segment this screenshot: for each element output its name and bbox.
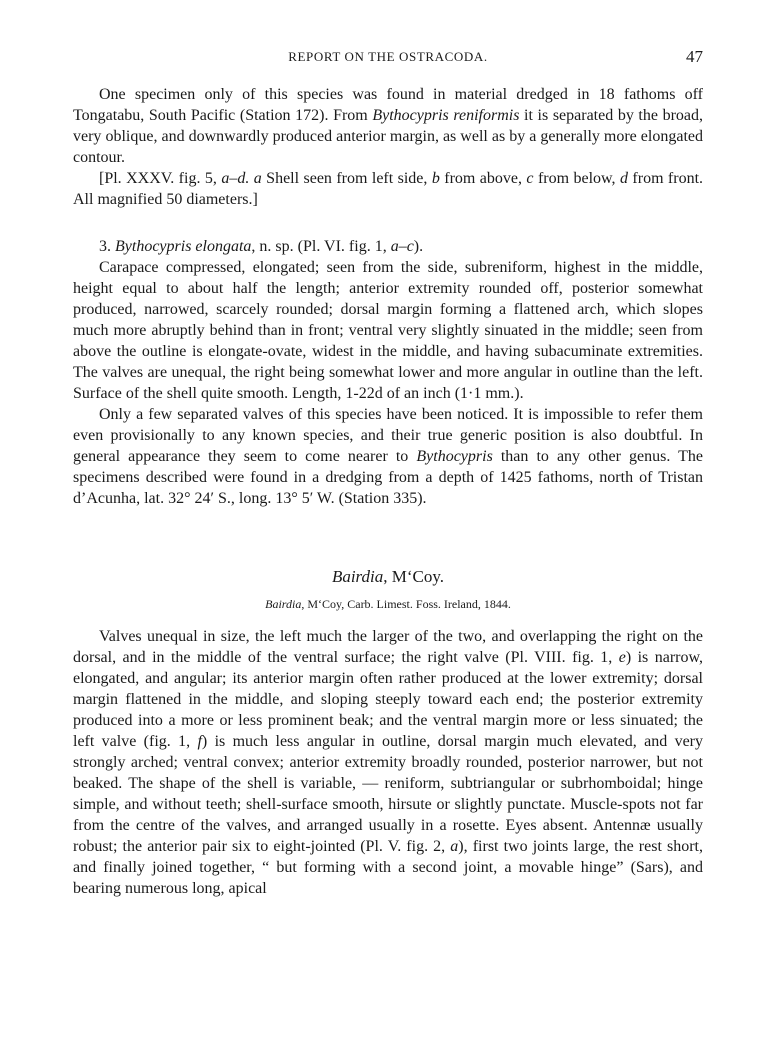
figure-letter: e — [619, 649, 626, 666]
genus-description: Valves unequal in size, the left much th… — [73, 626, 703, 899]
genus-author: , M‘Coy. — [383, 567, 444, 586]
text: ). — [414, 238, 423, 255]
paragraph-specimen-note: One specimen only of this species was fo… — [73, 84, 703, 168]
genus-citation: Bairdia, M‘Coy, Carb. Limest. Foss. Irel… — [73, 596, 703, 612]
running-title: REPORT ON THE OSTRACODA. — [73, 49, 703, 65]
figure-range: a–c — [391, 238, 414, 255]
text: Shell seen from left side, — [262, 170, 432, 187]
taxon-name: Bythocypris reniformis — [372, 107, 519, 124]
genus-section: Bairdia, M‘Coy. Bairdia, M‘Coy, Carb. Li… — [73, 566, 703, 899]
text: Valves unequal in size, the left much th… — [73, 628, 703, 666]
species-3-section: 3. Bythocypris elongata, n. sp. (Pl. VI.… — [73, 236, 703, 509]
genus-heading: Bairdia, M‘Coy. — [73, 566, 703, 588]
species-number: 3. — [99, 238, 115, 255]
plate-reference: [Pl. XXXV. fig. 5, a–d. a Shell seen fro… — [73, 168, 703, 210]
text: from above, — [440, 170, 527, 187]
figure-letter: c — [526, 170, 533, 187]
species-remarks: Only a few separated valves of this spec… — [73, 404, 703, 509]
text: from below, — [534, 170, 620, 187]
text: [Pl. XXXV. fig. 5, — [99, 170, 221, 187]
figure-letter: a — [254, 170, 262, 187]
taxon-name: Bythocypris — [416, 448, 492, 465]
previous-species-remarks: One specimen only of this species was fo… — [73, 84, 703, 210]
figure-range: a–d. — [221, 170, 249, 187]
species-description: Carapace compressed, elongated; seen fro… — [73, 257, 703, 404]
citation-text: , M‘Coy, Carb. Limest. Foss. Ireland, 18… — [301, 597, 511, 611]
species-heading: 3. Bythocypris elongata, n. sp. (Pl. VI.… — [73, 236, 703, 257]
text: ) is much less angular in outline, dorsa… — [73, 733, 703, 855]
page-number: 47 — [686, 47, 703, 67]
genus-name: Bairdia — [332, 567, 383, 586]
figure-letter: b — [432, 170, 440, 187]
running-head: REPORT ON THE OSTRACODA. 47 — [73, 47, 703, 67]
taxon-name: Bythocypris elongata — [115, 238, 251, 255]
text: , n. sp. (Pl. VI. fig. 1, — [251, 238, 390, 255]
genus-name: Bairdia — [265, 597, 301, 611]
figure-letter: d — [620, 170, 628, 187]
